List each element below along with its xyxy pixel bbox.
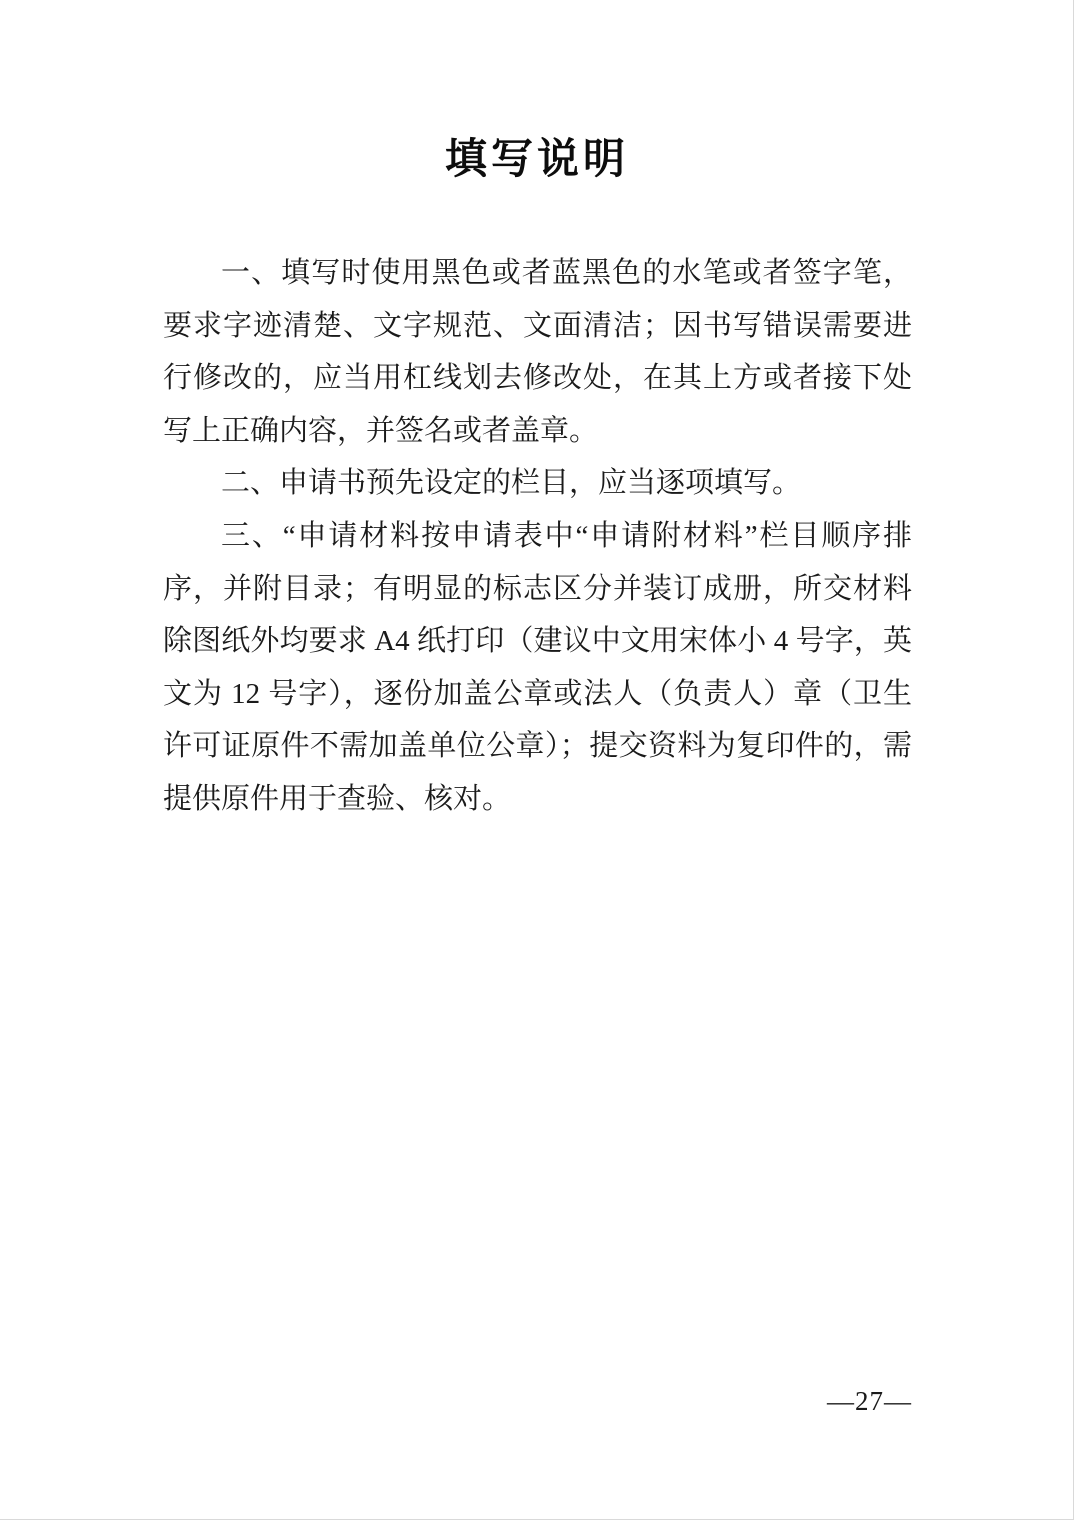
document-page: 填写说明 一、填写时使用黑色或者蓝黑色的水笔或者签字笔，要求字迹清楚、文字规范、…	[0, 0, 1074, 1520]
page-number: —27—	[827, 1386, 912, 1417]
paragraph-instruction-2: 二、申请书预先设定的栏目，应当逐项填写。	[163, 457, 912, 510]
instructions-body: 一、填写时使用黑色或者蓝黑色的水笔或者签字笔，要求字迹清楚、文字规范、文面清洁；…	[163, 247, 912, 826]
paragraph-instruction-1: 一、填写时使用黑色或者蓝黑色的水笔或者签字笔，要求字迹清楚、文字规范、文面清洁；…	[163, 247, 912, 457]
paragraph-instruction-3: 三、“申请材料按申请表中“申请附材料”栏目顺序排序，并附目录；有明显的标志区分并…	[163, 510, 912, 826]
page-title: 填写说明	[0, 126, 1074, 186]
